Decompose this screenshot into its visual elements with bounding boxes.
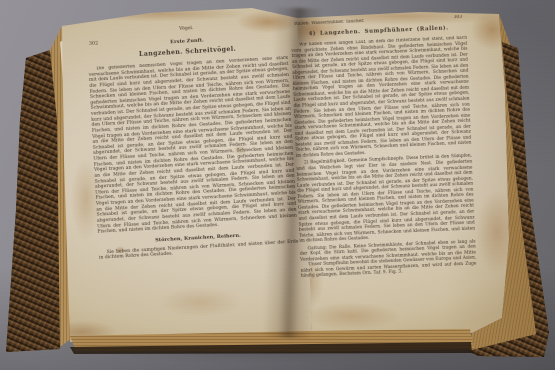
right-running-header: Rallen. Wasserhühner. Taucher. xyxy=(294,19,364,27)
right-page-text: Rallen. Wasserhühner. Taucher. 303 4) La… xyxy=(290,11,478,318)
right-paragraph-2: 2) Regelmäßigkeit. Gemeine Sumpfschnepfe… xyxy=(296,154,475,245)
right-paragraph-2-filler: Die gefiederten heimischen Vögel tragen … xyxy=(296,160,475,244)
right-paragraph-1-filler: Die gefiederten heimischen Vögel tragen … xyxy=(292,41,472,159)
left-page-text: Vögel. 302 Erste Zunft. Langzehen. Schre… xyxy=(86,15,302,318)
antique-book-photo: Vögel. 302 Erste Zunft. Langzehen. Schre… xyxy=(0,0,555,370)
left-body-text: Die gefiederten heimischen Vögel tragen … xyxy=(88,56,297,236)
right-page-number: 303 xyxy=(454,15,463,20)
right-body-text: Wir haben einen langen Lauf, an dem die … xyxy=(291,36,476,261)
left-page-number: 302 xyxy=(89,41,98,47)
right-paragraph-1: Wir haben einen langen Lauf, an dem die … xyxy=(291,36,472,160)
